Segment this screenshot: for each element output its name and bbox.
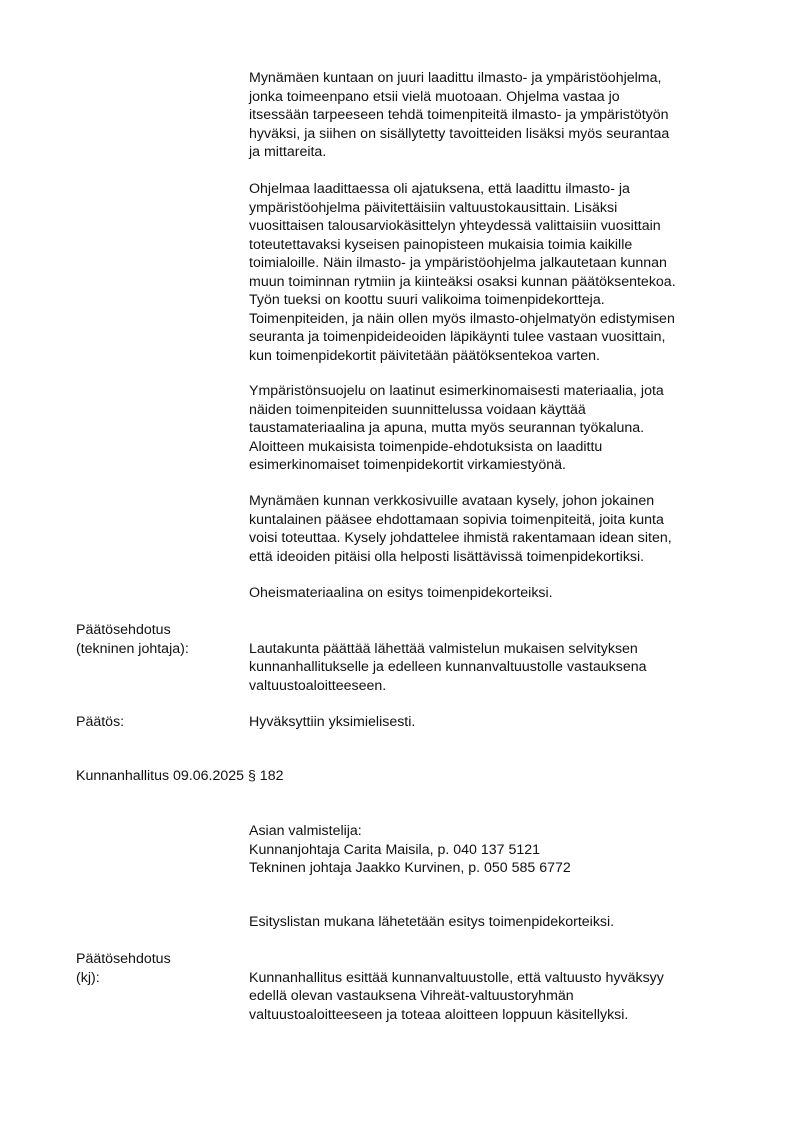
attachment-note: Esityslistan mukana lähetetään esitys to… <box>249 913 614 932</box>
proposal-technical-text: Lautakunta päättää lähettää valmistelun … <box>249 640 647 696</box>
label-line: Päätösehdotus <box>76 621 189 640</box>
proposal-mayor-label: Päätösehdotus (kj): <box>76 950 171 987</box>
text-line: Toimenpiteiden, ja näin ollen myös ilmas… <box>249 310 676 329</box>
text-line: toteutettavaksi kyseisen painopisteen mu… <box>249 236 676 255</box>
text-line: voisi toteuttaa. Kysely johdattelee ihmi… <box>249 529 672 548</box>
text-line: Asian valmistelija: <box>249 822 571 841</box>
text-line: kun toimenpidekortit päivitetään päätöks… <box>249 347 676 366</box>
text-line: ja mittareita. <box>249 143 669 162</box>
text-line: valtuustoaloitteeseen ja toteaa aloittee… <box>249 1006 664 1025</box>
text-line: itsessään tarpeeseen tehdä toimenpiteitä… <box>249 106 669 125</box>
paragraph-survey: Mynämäen kunnan verkkosivuille avataan k… <box>249 492 672 566</box>
text-line: Ohjelmaa laadittaessa oli ajatuksena, et… <box>249 180 676 199</box>
preparer-info: Asian valmistelija: Kunnanjohtaja Carita… <box>249 822 571 878</box>
text-line: että ideoiden pitäisi olla helposti lisä… <box>249 548 672 567</box>
text-line: Mynämäen kuntaan on juuri laadittu ilmas… <box>249 69 669 88</box>
text-line: valtuustoaloitteeseen. <box>249 677 647 696</box>
text-line: Mynämäen kunnan verkkosivuille avataan k… <box>249 492 672 511</box>
board-heading-text: Kunnanhallitus 09.06.2025 § 182 <box>76 767 283 786</box>
text-line: kuntalainen pääsee ehdottamaan sopivia t… <box>249 511 672 530</box>
board-meeting-heading: Kunnanhallitus 09.06.2025 § 182 <box>76 767 283 786</box>
text-line: Lautakunta päättää lähettää valmistelun … <box>249 640 647 659</box>
text-line: Kunnanjohtaja Carita Maisila, p. 040 137… <box>249 841 571 860</box>
text-line: toimialoille. Näin ilmasto- ja ympäristö… <box>249 254 676 273</box>
paragraph-attachment: Oheismateriaalina on esitys toimenpideko… <box>249 584 553 603</box>
text-line: muun toiminnan rytmiin ja kiinteäksi osa… <box>249 273 676 292</box>
text-line: Tekninen johtaja Jaakko Kurvinen, p. 050… <box>249 859 571 878</box>
decision-label-text: Päätös: <box>76 713 124 732</box>
label-line: (kj): <box>76 969 171 988</box>
paragraph-program-intro: Mynämäen kuntaan on juuri laadittu ilmas… <box>249 69 669 162</box>
decision-value: Hyväksyttiin yksimielisesti. <box>249 713 415 732</box>
text-line: Ympäristönsuojelu on laatinut esimerkino… <box>249 382 664 401</box>
text-line: taustamateriaalina ja apuna, mutta myös … <box>249 419 664 438</box>
text-line: hyväksi, ja siihen on sisällytetty tavoi… <box>249 125 669 144</box>
text-line: Oheismateriaalina on esitys toimenpideko… <box>249 584 553 603</box>
label-line: Päätösehdotus <box>76 950 171 969</box>
label-line: (tekninen johtaja): <box>76 640 189 659</box>
text-line: Työn tueksi on koottu suuri valikoima to… <box>249 291 676 310</box>
text-line: näiden toimenpiteiden suunnittelussa voi… <box>249 401 664 420</box>
proposal-technical-label: Päätösehdotus (tekninen johtaja): <box>76 621 189 658</box>
text-line: seuranta ja toimenpideideoiden läpikäynt… <box>249 328 676 347</box>
text-line: Aloitteen mukaisista toimenpide-ehdotuks… <box>249 438 664 457</box>
text-line: ympäristöohjelma päivitettäisiin valtuus… <box>249 199 676 218</box>
decision-label: Päätös: <box>76 713 124 732</box>
text-line: jonka toimeenpano etsii vielä muotoaan. … <box>249 88 669 107</box>
text-line: esimerkinomaiset toimenpidekortit virkam… <box>249 456 664 475</box>
text-line: Kunnanhallitus esittää kunnanvaltuustoll… <box>249 969 664 988</box>
text-line: vuosittaisen talousarviokäsittelyn yhtey… <box>249 217 676 236</box>
text-line: edellä olevan vastauksena Vihreät-valtuu… <box>249 987 664 1006</box>
decision-text: Hyväksyttiin yksimielisesti. <box>249 713 415 732</box>
paragraph-program-update: Ohjelmaa laadittaessa oli ajatuksena, et… <box>249 180 676 365</box>
text-line: kunnanhallitukselle ja edelleen kunnanva… <box>249 658 647 677</box>
proposal-mayor-text: Kunnanhallitus esittää kunnanvaltuustoll… <box>249 969 664 1025</box>
paragraph-environment-material: Ympäristönsuojelu on laatinut esimerkino… <box>249 382 664 475</box>
attachment-note-text: Esityslistan mukana lähetetään esitys to… <box>249 913 614 932</box>
